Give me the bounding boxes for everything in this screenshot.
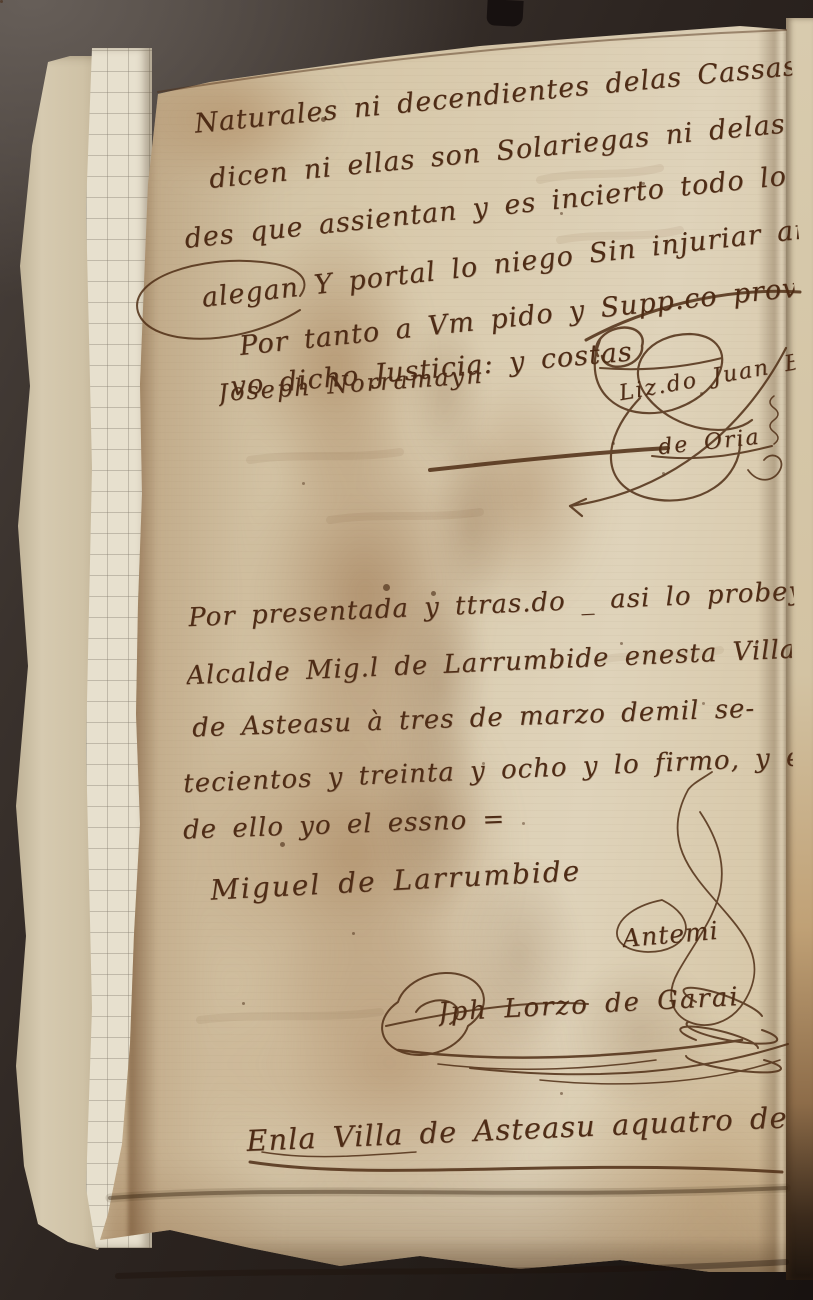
ink-specks (0, 0, 3, 3)
binding-clip-shadow (486, 0, 523, 27)
photograph-of-manuscript: { "manuscript": { "petition": { "lines":… (0, 0, 813, 1300)
